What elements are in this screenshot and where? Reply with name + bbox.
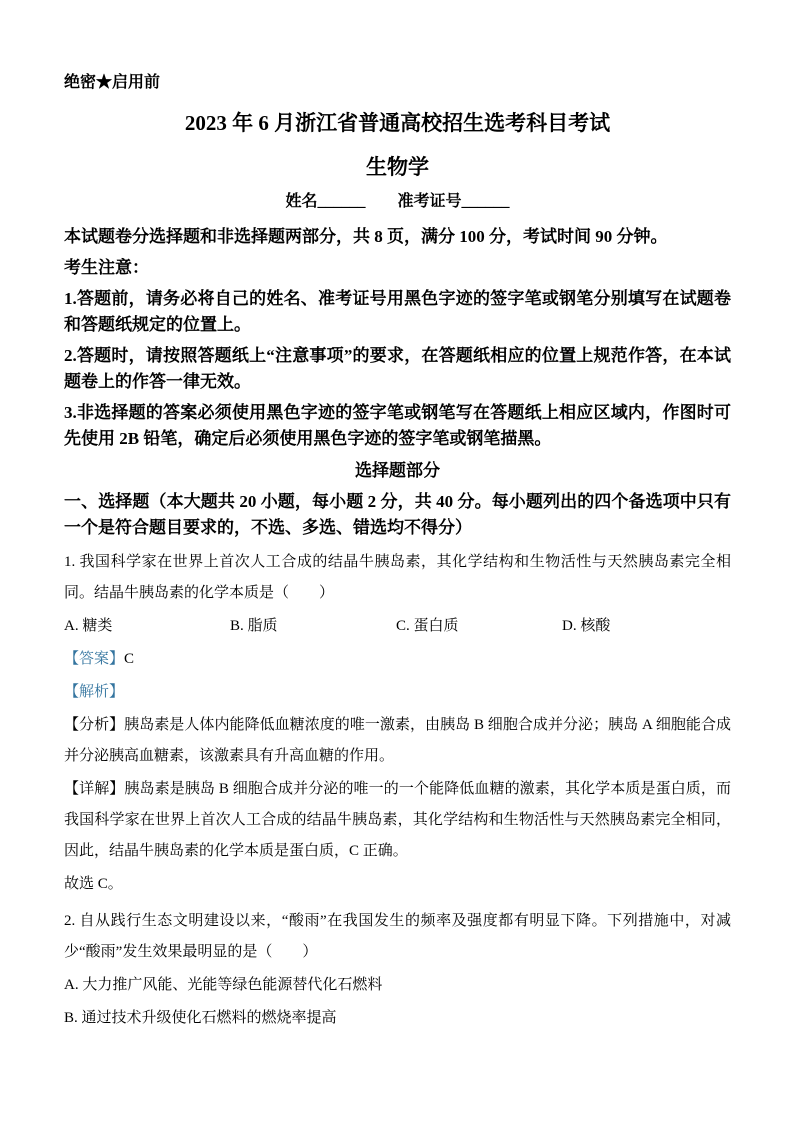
notice-item-2: 2.答题时，请按照答题纸上“注意事项”的要求，在答题纸相应的位置上规范作答，在本… xyxy=(64,343,731,395)
secrecy-label: 绝密★启用前 xyxy=(64,74,731,92)
section-instructions: 一、选择题（本大题共 20 小题，每小题 2 分，共 40 分。每小题列出的四个… xyxy=(64,489,731,541)
question-1-conclusion: 故选 C。 xyxy=(64,869,731,900)
question-1-option-b: B. 脂质 xyxy=(230,611,396,642)
question-1-option-c: C. 蛋白质 xyxy=(396,611,562,642)
question-2-option-b: B. 通过技术升级使化石燃料的燃烧率提高 xyxy=(64,1003,731,1034)
subject-title: 生物学 xyxy=(64,154,731,180)
exam-paper-page: 绝密★启用前 2023 年 6 月浙江省普通高校招生选考科目考试 生物学 姓名_… xyxy=(0,0,793,1122)
question-1-stem: 1. 我国科学家在世界上首次人工合成的结晶牛胰岛素，其化学结构和生物活性与天然胰… xyxy=(64,547,731,609)
question-1: 1. 我国科学家在世界上首次人工合成的结晶牛胰岛素，其化学结构和生物活性与天然胰… xyxy=(64,547,731,900)
exam-number-blank: 准考证号______ xyxy=(398,192,510,212)
question-1-option-a: A. 糖类 xyxy=(64,611,230,642)
notice-block: 本试题卷分选择题和非选择题两部分，共 8 页，满分 100 分，考试时间 90 … xyxy=(64,224,731,452)
question-1-answer-line: 【答案】C xyxy=(64,644,731,675)
answer-label: 【答案】 xyxy=(64,651,124,667)
paper-summary: 本试题卷分选择题和非选择题两部分，共 8 页，满分 100 分，考试时间 90 … xyxy=(64,224,731,250)
question-2: 2. 自从践行生态文明建设以来，“酸雨”在我国发生的频率及强度都有明显下降。下列… xyxy=(64,906,731,1034)
question-1-options: A. 糖类 B. 脂质 C. 蛋白质 D. 核酸 xyxy=(64,611,731,642)
question-2-stem: 2. 自从践行生态文明建设以来，“酸雨”在我国发生的频率及强度都有明显下降。下列… xyxy=(64,906,731,968)
notice-item-3: 3.非选择题的答案必须使用黑色字迹的签字笔或钢笔写在答题纸上相应区域内，作图时可… xyxy=(64,400,731,452)
notice-item-1: 1.答题前，请务必将自己的姓名、准考证号用黑色字迹的签字笔或钢笔分别填写在试题卷… xyxy=(64,286,731,338)
candidate-info-line: 姓名______ 准考证号______ xyxy=(64,192,731,212)
question-1-analysis-label-line: 【解析】 xyxy=(64,677,731,708)
analysis-label: 【解析】 xyxy=(64,684,124,700)
answer-value: C xyxy=(124,651,134,667)
question-1-detail: 【详解】胰岛素是胰岛 B 细胞合成并分泌的唯一的一个能降低血糖的激素，其化学本质… xyxy=(64,774,731,867)
name-blank: 姓名______ xyxy=(285,192,365,212)
question-1-analysis: 【分析】胰岛素是人体内能降低血糖浓度的唯一激素，由胰岛 B 细胞合成并分泌；胰岛… xyxy=(64,710,731,772)
question-2-option-a: A. 大力推广风能、光能等绿色能源替代化石燃料 xyxy=(64,970,731,1001)
question-1-option-d: D. 核酸 xyxy=(562,611,731,642)
notice-heading: 考生注意： xyxy=(64,255,731,281)
section-part-title: 选择题部分 xyxy=(64,458,731,484)
exam-title: 2023 年 6 月浙江省普通高校招生选考科目考试 xyxy=(64,110,731,136)
